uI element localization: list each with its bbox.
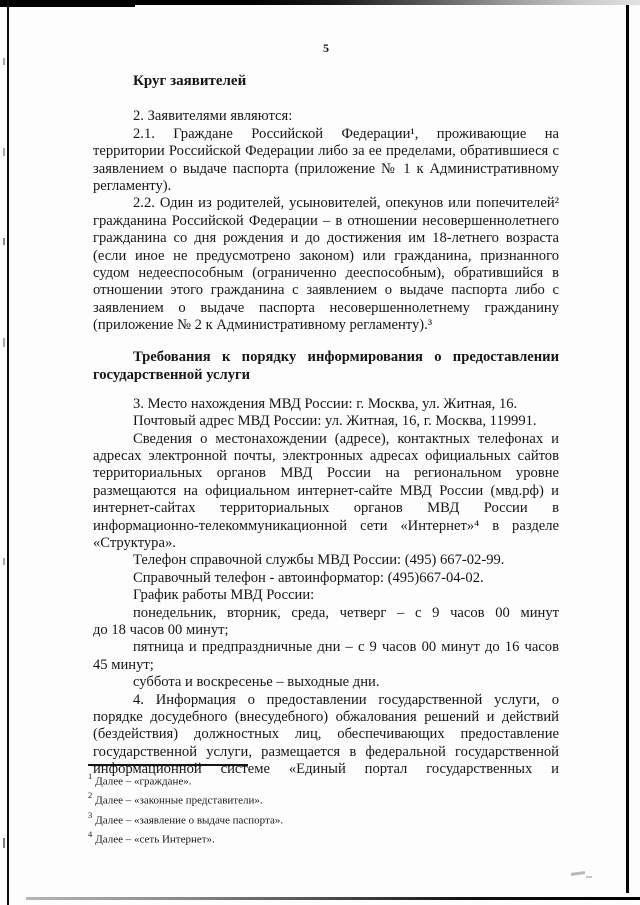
scan-artifact bbox=[3, 58, 5, 65]
footnote-1-text: Далее – «граждане». bbox=[95, 776, 191, 788]
section-heading-information-requirements: Требования к порядку информирования о пр… bbox=[93, 348, 559, 384]
scan-top-edge bbox=[0, 0, 640, 5]
footnotes-block: 1Далее – «граждане». 2Далее – «законные … bbox=[88, 764, 558, 848]
document-body: 5 Круг заявителей 2. Заявителями являютс… bbox=[93, 40, 559, 779]
paragraph-work-schedule-label: График работы МВД России: bbox=[93, 587, 559, 604]
scan-artifact bbox=[586, 876, 592, 878]
footnote-2-marker: 2 bbox=[88, 790, 92, 800]
paragraph-2: 2. Заявителями являются: bbox=[93, 108, 559, 125]
paragraph-schedule-friday: пятница и предпраздничные дни – с 9 часо… bbox=[93, 639, 559, 674]
footnote-2: 2Далее – «законные представители». bbox=[88, 789, 558, 808]
scanned-document-page: 5 Круг заявителей 2. Заявителями являютс… bbox=[0, 0, 640, 905]
footnote-separator bbox=[88, 764, 248, 766]
footnote-2-text: Далее – «законные представители». bbox=[95, 795, 262, 807]
paragraph-3-location: 3. Место нахождения МВД России: г. Москв… bbox=[93, 396, 559, 413]
footnote-4: 4Далее – «сеть Интернет». bbox=[88, 828, 558, 847]
scan-artifact bbox=[3, 558, 5, 565]
footnote-4-marker: 4 bbox=[88, 829, 92, 839]
scan-artifact bbox=[571, 871, 585, 876]
footnote-1-marker: 1 bbox=[88, 771, 92, 781]
page-border-bottom bbox=[26, 897, 640, 900]
paragraph-postal-address: Почтовый адрес МВД России: ул. Житная, 1… bbox=[93, 413, 559, 430]
paragraph-schedule-weekdays: понедельник, вторник, среда, четверг – с… bbox=[93, 605, 559, 640]
footnote-4-text: Далее – «сеть Интернет». bbox=[95, 834, 215, 846]
scan-artifact bbox=[3, 838, 5, 848]
footnote-3-marker: 3 bbox=[88, 810, 92, 820]
footnote-1: 1Далее – «граждане». bbox=[88, 770, 558, 789]
paragraph-2-1: 2.1. Граждане Российской Федерации¹, про… bbox=[93, 126, 559, 196]
page-number: 5 bbox=[93, 40, 559, 57]
scan-artifact bbox=[3, 338, 5, 347]
scan-artifact bbox=[3, 148, 5, 156]
paragraph-2-2: 2.2. Один из родителей, усыновителей, оп… bbox=[93, 195, 559, 334]
paragraph-site-info: Сведения о местонахождении (адресе), кон… bbox=[93, 431, 559, 553]
page-border-right bbox=[626, 5, 629, 893]
paragraph-schedule-weekend: суббота и воскресенье – выходные дни. bbox=[93, 674, 559, 691]
paragraph-help-phone: Телефон справочной службы МВД России: (4… bbox=[93, 552, 559, 569]
section-heading-applicants: Круг заявителей bbox=[133, 72, 559, 90]
footnote-3: 3Далее – «заявление о выдаче паспорта». bbox=[88, 809, 558, 828]
page-border-left bbox=[7, 0, 9, 905]
paragraph-autoinformer-phone: Справочный телефон - автоинформатор: (49… bbox=[93, 570, 559, 587]
scan-artifact bbox=[3, 238, 5, 245]
footnote-3-text: Далее – «заявление о выдаче паспорта». bbox=[95, 815, 283, 827]
